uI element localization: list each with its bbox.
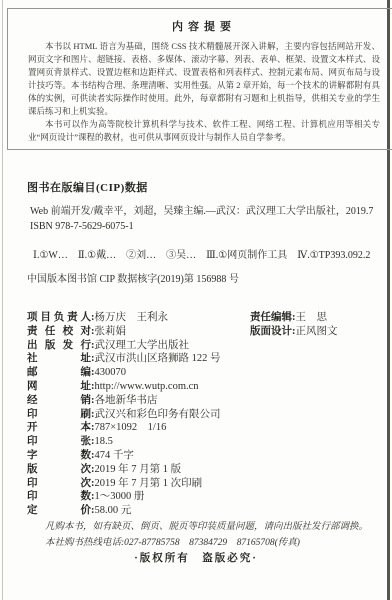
- colophon-value: http://www.wutp.com.cn: [95, 381, 199, 392]
- colophon-row-printer: 印刷:武汉兴和彩色印务有限公司: [27, 408, 379, 422]
- cip-record-number: 中国版本图书馆 CIP 数据核字(2019)第 156988 号: [27, 270, 382, 285]
- colophon-label: 印张: [27, 435, 91, 449]
- colophon-label: 定价: [27, 504, 91, 518]
- notice-hotline: 本社购书热线电话:027-87785758 87384729 87165708(…: [45, 535, 372, 551]
- colophon-row-word-count: 字数:474 千字: [27, 449, 379, 463]
- colophon-label: 开本: [27, 421, 91, 435]
- colophon-value: 474 千字: [95, 450, 134, 461]
- colophon-value: 18.5: [95, 436, 113, 447]
- colophon-row-format: 开本:787×1092 1/16: [27, 421, 379, 435]
- colophon-value: 1～3000 册: [95, 491, 145, 502]
- colophon-value: 430070: [95, 367, 127, 378]
- colophon-row-website: 网址:http://www.wutp.com.cn: [27, 380, 379, 394]
- colophon-row-distributor: 经销:各地新华书店: [27, 394, 379, 408]
- colophon-row-proofreader: 责任校对:张莉娟 版面设计:正风图文: [27, 325, 379, 339]
- colophon-value: 杨万庆 王利永: [95, 312, 169, 323]
- summary-paragraph-2: 本书可以作为高等院校计算机科学与技术、软件工程、网络工程、计算机应用等相关专业“…: [28, 118, 380, 144]
- colophon-value: 张莉娟: [95, 326, 127, 337]
- colophon-value: 58.00 元: [95, 505, 132, 516]
- colophon-row-edition: 版次:2019 年 7 月第 1 版: [27, 463, 379, 477]
- colophon-value: 2019 年 7 月第 1 次印刷: [95, 478, 203, 489]
- book-copyright-page: { "summary": { "title": "内容提要", "paragra…: [0, 0, 392, 600]
- colophon-value: 武汉市洪山区珞狮路 122 号: [95, 353, 221, 364]
- colophon-right-layout-design: 版面设计:正风图文: [250, 325, 338, 339]
- copyright-notice: ·版权所有 盗版必究·: [0, 550, 392, 565]
- summary-paragraph-1: 本书以 HTML 语言为基础，围绕 CSS 技术精髓展开深入讲解，主要内容包括网…: [28, 40, 380, 118]
- colophon-row-address: 社址:武汉市洪山区珞狮路 122 号: [27, 352, 379, 366]
- notice-exchange: 凡购本书，如有缺页、倒页、脱页等印装质量问题，请向出版社发行部调换。: [45, 519, 372, 535]
- colophon-label: 责任编辑: [250, 312, 292, 323]
- bottom-notices: 凡购本书，如有缺页、倒页、脱页等印装质量问题，请向出版社发行部调换。 本社购书热…: [45, 519, 372, 551]
- colophon-label: 版面设计: [250, 326, 292, 337]
- colophon-label: 网址: [27, 380, 91, 394]
- colophon-label: 社址: [27, 352, 91, 366]
- colophon-label: 字数: [27, 449, 91, 463]
- colophon-label: 版次: [27, 463, 91, 477]
- colophon-label: 经销: [27, 394, 91, 408]
- cip-heading: 图书在版编目(CIP)数据: [27, 179, 148, 195]
- summary-box: 内容提要 本书以 HTML 语言为基础，围绕 CSS 技术精髓展开深入讲解，主要…: [7, 8, 392, 150]
- colophon-row-impression: 印次:2019 年 7 月第 1 次印刷: [27, 477, 379, 491]
- colophon-label: 印次: [27, 477, 91, 491]
- colophon-label: 邮编: [27, 366, 91, 380]
- cip-title-line: Web 前端开发/戴幸平，刘超，吴臻主编.—武汉：武汉理工大学出版社，2019.…: [30, 204, 378, 219]
- colophon-row-sheets: 印张:18.5: [27, 435, 379, 449]
- colophon: 项目负责人:杨万庆 王利永 责任编辑:王 思 责任校对:张莉娟 版面设计:正风图…: [27, 311, 379, 518]
- colophon-right-editor: 责任编辑:王 思: [250, 311, 327, 325]
- scan-edge-left: [2, 0, 3, 600]
- colophon-row-publisher: 出版发行:武汉理工大学出版社: [27, 339, 379, 353]
- colophon-row-project-lead: 项目负责人:杨万庆 王利永 责任编辑:王 思: [27, 311, 379, 325]
- colophon-row-print-run: 印数:1～3000 册: [27, 490, 379, 504]
- colophon-row-price: 定价:58.00 元: [27, 504, 379, 518]
- colophon-label: 出版发行: [27, 339, 91, 353]
- colophon-row-postcode: 邮编:430070: [27, 366, 379, 380]
- colophon-value: 各地新华书店: [95, 395, 158, 406]
- colophon-value: 2019 年 7 月第 1 版: [95, 464, 182, 475]
- colophon-value: 787×1092 1/16: [95, 422, 167, 433]
- colophon-label: 项目负责人: [27, 311, 91, 325]
- cip-isbn-line: ISBN 978-7-5629-6075-1: [30, 219, 378, 234]
- colophon-value: 正风图文: [296, 326, 338, 337]
- summary-title: 内容提要: [28, 18, 380, 34]
- colophon-label: 印刷: [27, 408, 91, 422]
- colophon-label: 印数: [27, 490, 91, 504]
- colophon-label: 责任校对: [27, 325, 91, 339]
- cip-classification: Ⅰ.①W… Ⅱ.①戴… ②刘… ③吴… Ⅲ.①网页制作工具 Ⅳ.①TP393.0…: [33, 246, 382, 261]
- colophon-value: 武汉理工大学出版社: [95, 340, 190, 351]
- colophon-value: 王 思: [296, 312, 328, 323]
- colophon-value: 武汉兴和彩色印务有限公司: [95, 409, 221, 420]
- cip-main-block: Web 前端开发/戴幸平，刘超，吴臻主编.—武汉：武汉理工大学出版社，2019.…: [30, 204, 378, 234]
